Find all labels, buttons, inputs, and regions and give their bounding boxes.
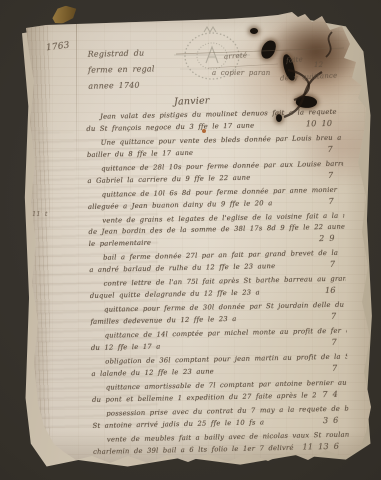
archive-photo-backdrop: 1763 11 t Registrad du ferme en regal an… bbox=[0, 0, 381, 480]
register-entry: vente de meubles fait a bailly avec de n… bbox=[93, 430, 349, 458]
leader-gap bbox=[214, 371, 332, 373]
entry-text: le parlementaire bbox=[89, 238, 152, 250]
entry-text: bailler du 8 ffe le 17 aune bbox=[87, 148, 194, 161]
entry-amount: 2 9 bbox=[319, 233, 345, 245]
entry-text: a lalande du 12 ffe le 23 aune bbox=[91, 366, 214, 380]
register-entry: quittance amortissable de 7l comptant pa… bbox=[92, 378, 348, 406]
leader-gap bbox=[275, 267, 330, 268]
header-annotation: de y quittance bbox=[280, 72, 338, 83]
register-entry: possession prise avec du contrat du 7 ma… bbox=[92, 404, 348, 432]
register-entry: Une quittance pour vente des bleds donné… bbox=[87, 133, 343, 161]
entry-amount: 7 bbox=[331, 337, 347, 348]
register-entry: Jean valat des pistiges du moulinet denu… bbox=[86, 107, 342, 135]
leader-gap bbox=[254, 126, 306, 127]
entry-amount: 3 6 bbox=[323, 415, 349, 427]
leader-gap bbox=[272, 204, 328, 205]
leader-gap bbox=[264, 423, 323, 424]
entry-amount: 7 bbox=[331, 311, 347, 322]
leader-gap bbox=[193, 152, 327, 155]
leader-gap bbox=[151, 241, 319, 245]
register-entry: quittance pour ferme de 30l donnée par S… bbox=[90, 300, 346, 328]
register-entry: quittance de 14l comptée par michel mont… bbox=[91, 326, 347, 354]
entry-amount: 7 bbox=[327, 144, 343, 155]
register-entry: contre lettre de l'an 75l fait après St … bbox=[89, 274, 345, 302]
entry-amount: 10 10 bbox=[306, 118, 343, 130]
entries: Jean valat des pistiges du moulinet denu… bbox=[86, 107, 349, 461]
entry-amount: 16 bbox=[325, 285, 346, 296]
entry-amount: 7 4 bbox=[322, 389, 348, 401]
header-annotation: arreté bbox=[224, 51, 248, 61]
side-margin-note: 11 t bbox=[32, 210, 48, 218]
fold-line bbox=[76, 22, 77, 182]
leader-gap bbox=[161, 345, 332, 349]
header-line: Registrad du bbox=[88, 45, 155, 62]
entry-text: a Gabriel la carriere du 9 ffe le 22 aun… bbox=[87, 173, 250, 187]
header-annotation: 12 bbox=[314, 61, 323, 69]
entry-text: familles dedevenue du 12 ffe le 23 a bbox=[90, 314, 236, 328]
register-entry: obligation de 36l comptant pour jean mar… bbox=[91, 352, 347, 380]
year-margin-note: 1763 bbox=[45, 41, 70, 54]
entry-amount: 7 bbox=[328, 170, 344, 181]
register-entry: quittance de 10l 6s 8d pour ferme donnée… bbox=[88, 185, 344, 213]
header-annotation: a copier paran bbox=[212, 69, 270, 77]
entry-text: St antoine arrivé jadis du 25 ffe le 10 … bbox=[92, 417, 264, 432]
header-line: annee 1740 bbox=[88, 77, 155, 94]
entry-text: du St françois negoce du 3 ffe le 17 aun… bbox=[86, 120, 254, 135]
paper-hole bbox=[259, 38, 277, 60]
leader-gap bbox=[237, 319, 331, 321]
leader-gap bbox=[250, 178, 328, 180]
entry-text: du 12 ffe le 17 a bbox=[91, 341, 161, 353]
register-header: Registrad du ferme en regal annee 1740 bbox=[88, 45, 156, 94]
manuscript-page: 1763 11 t Registrad du ferme en regal an… bbox=[26, 12, 376, 464]
entry-amount: 7 bbox=[328, 196, 344, 207]
register-entry: bail a ferme donnée 27l par an fait par … bbox=[89, 248, 345, 276]
entry-amount: 7 bbox=[332, 363, 348, 374]
entry-text: duquel quitte delagrande du 12 ffe le 23… bbox=[90, 287, 260, 302]
register-entry: quittance de 28l 10s pour ferme donnée p… bbox=[87, 159, 343, 187]
register-entry: vente de grains et legates de l'eglise d… bbox=[88, 211, 345, 250]
header-line: ferme en regal bbox=[88, 61, 155, 78]
month-heading: Janvier bbox=[174, 95, 210, 107]
header-annotation: faite bbox=[286, 55, 304, 64]
leader-gap bbox=[260, 293, 325, 294]
binding-tab bbox=[51, 4, 78, 24]
entry-amount: 7 bbox=[330, 259, 346, 270]
